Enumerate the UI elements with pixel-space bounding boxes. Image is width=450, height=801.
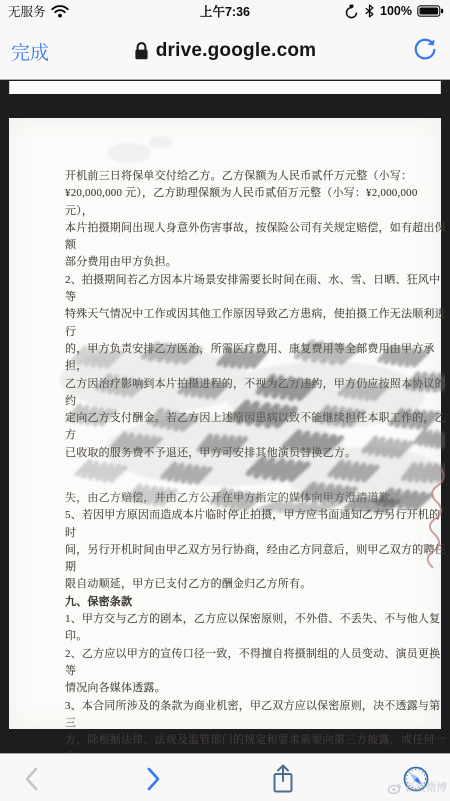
pencil-redaction-scribbles: [55, 335, 445, 515]
phone-screen: 无服务 上午7:36 100%: [0, 0, 450, 801]
contract-section-heading: 九、保密条款: [65, 594, 447, 611]
contract-text-lower: 失，由乙方赔偿，并由乙方公开在甲方指定的媒体向甲方澄清道歉。 5、若因甲方原因而…: [65, 490, 447, 767]
handwritten-margin-annotation: [419, 443, 445, 643]
weibo-logo-icon: [388, 782, 403, 794]
contract-line: 本片拍摄期间出现人身意外伤害事故，按保险公司有关规定赔偿，如有超出保额: [65, 220, 447, 255]
watermark-label: 新浪微博: [404, 780, 447, 795]
contract-line: 2、拍摄期间若乙方因本片场景安排需要长时间在雨、水、雪、日晒、狂风中等: [65, 272, 447, 307]
faint-pencil-marks: [99, 128, 189, 188]
weibo-watermark: 新浪微博: [387, 780, 447, 795]
contract-page: 开机前三日将保单交付给乙方。乙方保额为人民币贰仟万元整（小写： ¥20,000,…: [9, 118, 441, 729]
contract-line: ¥20,000,000 元），乙方助理保额为人民币贰佰万元整（小写：¥2,000…: [65, 185, 447, 220]
orientation-lock-icon: [344, 4, 359, 19]
status-bar: 无服务 上午7:36 100%: [0, 0, 450, 22]
contract-line: 间，另行开机时间由甲乙双方另行协商，经由乙方同意后，则甲乙双方的聘任期: [65, 542, 447, 577]
contract-line: 限自动顺延，甲方已支付乙方的酬金归乙方所有。: [65, 576, 447, 593]
contract-line: 1、甲方交与乙方的剧本，乙方应以保密原则，不外借、不丢失、不与他人复印。: [65, 611, 447, 646]
share-button[interactable]: [268, 764, 298, 794]
contract-line: 2、乙方应以甲方的宣传口径一致，不得擅自将摄制组的人员变动、演员更换等: [65, 646, 447, 681]
back-button[interactable]: [16, 764, 46, 794]
contract-line: 部分费用由甲方负担。: [65, 254, 447, 271]
url-text: drive.google.com: [156, 40, 317, 62]
contract-line: 3、本合同所涉及的条款为商业机密，甲乙双方应以保密原则，决不透露与第三: [65, 698, 447, 733]
battery-percent-label: 100%: [380, 4, 412, 18]
bluetooth-icon: [364, 3, 375, 19]
refresh-button[interactable]: [412, 37, 438, 63]
browser-toolbar: 新浪微博: [0, 753, 450, 801]
done-button[interactable]: 完成: [11, 38, 49, 65]
url-field[interactable]: drive.google.com: [70, 22, 380, 79]
web-content-area[interactable]: 开机前三日将保单交付给乙方。乙方保额为人民币贰仟万元整（小写： ¥20,000,…: [0, 81, 450, 753]
ssl-lock-icon: [134, 41, 149, 61]
browser-nav-bar: 完成 drive.google.com: [0, 22, 450, 80]
battery-icon: [417, 5, 444, 17]
contract-line: 情况向各媒体透露。: [65, 680, 447, 697]
clock-label: 上午7:36: [200, 2, 250, 20]
forward-button[interactable]: [139, 764, 169, 794]
previous-page-edge: [9, 81, 441, 94]
